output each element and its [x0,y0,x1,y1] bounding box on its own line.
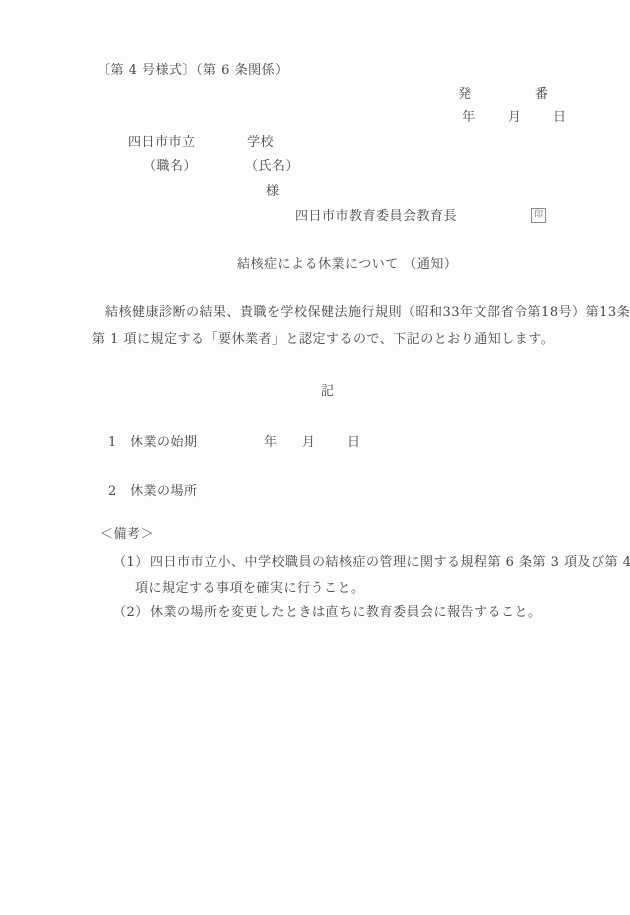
position-label: （職名） [143,160,197,173]
document-title: 結核症による休業について （通知） [237,258,457,271]
note-1-number: （1） [113,556,149,569]
item-2-number: 2 [108,485,117,498]
item-1-month-label: 月 [302,436,316,449]
body-line-2: 第 1 項に規定する「要休業者」と認定するので、下記のとおり通知します。 [92,333,554,346]
school-name-suffix: 学校 [247,136,274,149]
note-2-number: （2） [113,606,149,619]
date-day-label: 日 [553,111,567,124]
date-year-label: 年 [462,111,476,124]
form-label: 〔第 4 号様式〕（第 6 条関係） [97,64,289,77]
date-month-label: 月 [508,111,522,124]
remarks-header: ＜備考＞ [100,528,154,541]
note-1-line-1: 四日市市立小、中学校職員の結核症の管理に関する規程第 6 条第 3 項及び第 4 [150,556,630,569]
item-1-label: 休業の始期 [130,436,198,449]
note-1-line-2: 項に規定する事項を確実に行うこと。 [135,582,365,595]
sender-title: 四日市市教育委員会教育長 [295,210,457,223]
item-2-label: 休業の場所 [130,485,198,498]
item-1-day-label: 日 [347,436,361,449]
honorific-label: 様 [266,185,280,198]
seal-mark: 印 [531,208,546,223]
school-name-prefix: 四日市市立 [128,136,196,149]
body-line-1: 結核健康診断の結果、貴職を学校保健法施行規則（昭和33年文部省令第18号）第13… [105,306,630,319]
name-label: （氏名） [245,160,299,173]
document-page: 〔第 4 号様式〕（第 6 条関係） 発 番 年 月 日 四日市市立 学校 （職… [0,0,630,915]
note-2-text: 休業の場所を変更したときは直ちに教育委員会に報告すること。 [150,606,542,619]
doc-number-suffix: 番 [535,88,549,101]
record-marker: 記 [321,385,335,398]
doc-number-prefix: 発 [458,88,472,101]
item-1-number: 1 [108,436,117,449]
item-1-year-label: 年 [264,436,278,449]
